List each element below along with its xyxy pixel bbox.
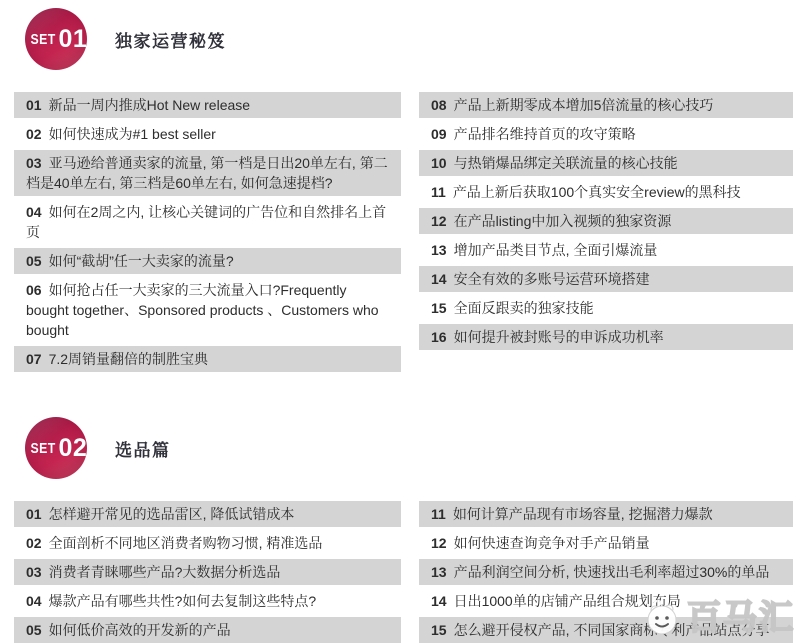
item-columns: 01新品一周内推成Hot New release02如何快速成为#1 best … — [0, 92, 799, 375]
list-item: 10与热销爆品绑定关联流量的核心技能 — [419, 150, 793, 176]
item-number: 06 — [26, 282, 42, 298]
list-item: 04如何在2周之内, 让核心关键词的广告位和自然排名上首页 — [14, 199, 401, 245]
item-number: 05 — [26, 622, 42, 638]
item-text: 产品上新后获取100个真实安全review的黑科技 — [453, 184, 741, 200]
item-text: 增加产品类目节点, 全面引爆流量 — [454, 242, 658, 258]
item-number: 01 — [26, 506, 42, 522]
item-number: 09 — [431, 126, 447, 142]
list-item: 11如何计算产品现有市场容量, 挖掘潜力爆款 — [419, 501, 793, 527]
item-text: 7.2周销量翻倍的制胜宝典 — [49, 351, 208, 367]
list-item: 11产品上新后获取100个真实安全review的黑科技 — [419, 179, 793, 205]
item-text: 产品排名维持首页的攻守策略 — [454, 126, 636, 142]
wechat-account-logo-icon — [643, 597, 685, 639]
set-02-badge: SET 02 — [25, 417, 87, 479]
item-number: 15 — [431, 300, 447, 316]
list-item: 13产品利润空间分析, 快速找出毛利率超过30%的单品 — [419, 559, 793, 585]
item-text: 全面剖析不同地区消费者购物习惯, 精准选品 — [49, 535, 323, 551]
item-number: 04 — [26, 593, 42, 609]
item-number: 05 — [26, 253, 42, 269]
list-item: 06如何抢占任一大卖家的三大流量入口?Frequently bought tog… — [14, 277, 401, 343]
item-number: 14 — [431, 271, 447, 287]
list-item: 077.2周销量翻倍的制胜宝典 — [14, 346, 401, 372]
list-item: 03消费者青睐哪些产品?大数据分析选品 — [14, 559, 401, 585]
section-header: SET 02 选品篇 — [0, 417, 799, 479]
item-number: 02 — [26, 126, 42, 142]
item-text: 如何提升被封账号的申诉成功机率 — [454, 329, 664, 345]
list-item: 12在产品listing中加入视频的独家资源 — [419, 208, 793, 234]
section-title: 独家运营秘笈 — [115, 27, 226, 52]
item-text: 新品一周内推成Hot New release — [49, 97, 251, 113]
badge-number: 02 — [58, 434, 87, 463]
left-column: 01怎样避开常见的选品雷区, 降低试错成本02全面剖析不同地区消费者购物习惯, … — [14, 501, 401, 643]
list-item: 16如何提升被封账号的申诉成功机率 — [419, 324, 793, 350]
list-item: 01新品一周内推成Hot New release — [14, 92, 401, 118]
watermark: 百马汇 — [643, 597, 795, 639]
item-text: 如何快速查询竞争对手产品销量 — [454, 535, 650, 551]
item-text: 如何在2周之内, 让核心关键词的广告位和自然排名上首页 — [26, 204, 386, 240]
item-number: 03 — [26, 155, 42, 171]
item-number: 13 — [431, 242, 447, 258]
list-item: 03亚马逊给普通卖家的流量, 第一档是日出20单左右, 第二档是40单左右, 第… — [14, 150, 401, 196]
item-text: 安全有效的多账号运营环境搭建 — [454, 271, 650, 287]
item-text: 如何计算产品现有市场容量, 挖掘潜力爆款 — [453, 506, 713, 522]
item-number: 08 — [431, 97, 447, 113]
item-number: 14 — [431, 593, 447, 609]
section-title: 选品篇 — [115, 436, 171, 461]
item-number: 11 — [431, 506, 446, 522]
badge-number: 01 — [58, 25, 87, 54]
item-number: 12 — [431, 535, 447, 551]
item-text: 如何低价高效的开发新的产品 — [49, 622, 231, 638]
list-item: 02全面剖析不同地区消费者购物习惯, 精准选品 — [14, 530, 401, 556]
watermark-text: 百马汇 — [687, 601, 795, 635]
left-column: 01新品一周内推成Hot New release02如何快速成为#1 best … — [14, 92, 401, 375]
item-number: 15 — [431, 622, 447, 638]
item-number: 13 — [431, 564, 447, 580]
list-item: 02如何快速成为#1 best seller — [14, 121, 401, 147]
item-number: 07 — [26, 351, 42, 367]
item-number: 04 — [26, 204, 42, 220]
list-item: 01怎样避开常见的选品雷区, 降低试错成本 — [14, 501, 401, 527]
item-text: 如何“截胡”任一大卖家的流量? — [49, 253, 234, 269]
list-item: 09产品排名维持首页的攻守策略 — [419, 121, 793, 147]
list-item: 15全面反跟卖的独家技能 — [419, 295, 793, 321]
item-text: 如何抢占任一大卖家的三大流量入口?Frequently bought toget… — [26, 282, 379, 338]
badge-set-label: SET — [30, 31, 55, 48]
item-text: 爆款产品有哪些共性?如何去复制这些特点? — [49, 593, 317, 609]
section-header: SET 01 独家运营秘笈 — [0, 0, 799, 70]
item-number: 01 — [26, 97, 42, 113]
item-text: 亚马逊给普通卖家的流量, 第一档是日出20单左右, 第二档是40单左右, 第三档… — [26, 155, 388, 191]
list-item: 12如何快速查询竞争对手产品销量 — [419, 530, 793, 556]
list-item: 05如何低价高效的开发新的产品 — [14, 617, 401, 643]
item-text: 产品利润空间分析, 快速找出毛利率超过30%的单品 — [454, 564, 770, 580]
list-item: 04爆款产品有哪些共性?如何去复制这些特点? — [14, 588, 401, 614]
item-text: 怎样避开常见的选品雷区, 降低试错成本 — [49, 506, 295, 522]
list-item: 13增加产品类目节点, 全面引爆流量 — [419, 237, 793, 263]
item-number: 11 — [431, 184, 446, 200]
page: SET 01 独家运营秘笈 01新品一周内推成Hot New release02… — [0, 0, 799, 643]
list-item: 05如何“截胡”任一大卖家的流量? — [14, 248, 401, 274]
item-text: 全面反跟卖的独家技能 — [454, 300, 594, 316]
section-operations: SET 01 独家运营秘笈 01新品一周内推成Hot New release02… — [0, 0, 799, 375]
item-number: 16 — [431, 329, 447, 345]
list-item: 14安全有效的多账号运营环境搭建 — [419, 266, 793, 292]
item-text: 在产品listing中加入视频的独家资源 — [454, 213, 672, 229]
badge-set-label: SET — [30, 440, 55, 457]
list-item: 08产品上新期零成本增加5倍流量的核心技巧 — [419, 92, 793, 118]
set-01-badge: SET 01 — [25, 8, 87, 70]
item-number: 10 — [431, 155, 447, 171]
item-number: 12 — [431, 213, 447, 229]
item-text: 与热销爆品绑定关联流量的核心技能 — [454, 155, 678, 171]
item-number: 02 — [26, 535, 42, 551]
item-text: 消费者青睐哪些产品?大数据分析选品 — [49, 564, 281, 580]
item-text: 如何快速成为#1 best seller — [49, 126, 216, 142]
right-column: 08产品上新期零成本增加5倍流量的核心技巧09产品排名维持首页的攻守策略10与热… — [419, 92, 793, 375]
item-number: 03 — [26, 564, 42, 580]
item-text: 产品上新期零成本增加5倍流量的核心技巧 — [454, 97, 714, 113]
